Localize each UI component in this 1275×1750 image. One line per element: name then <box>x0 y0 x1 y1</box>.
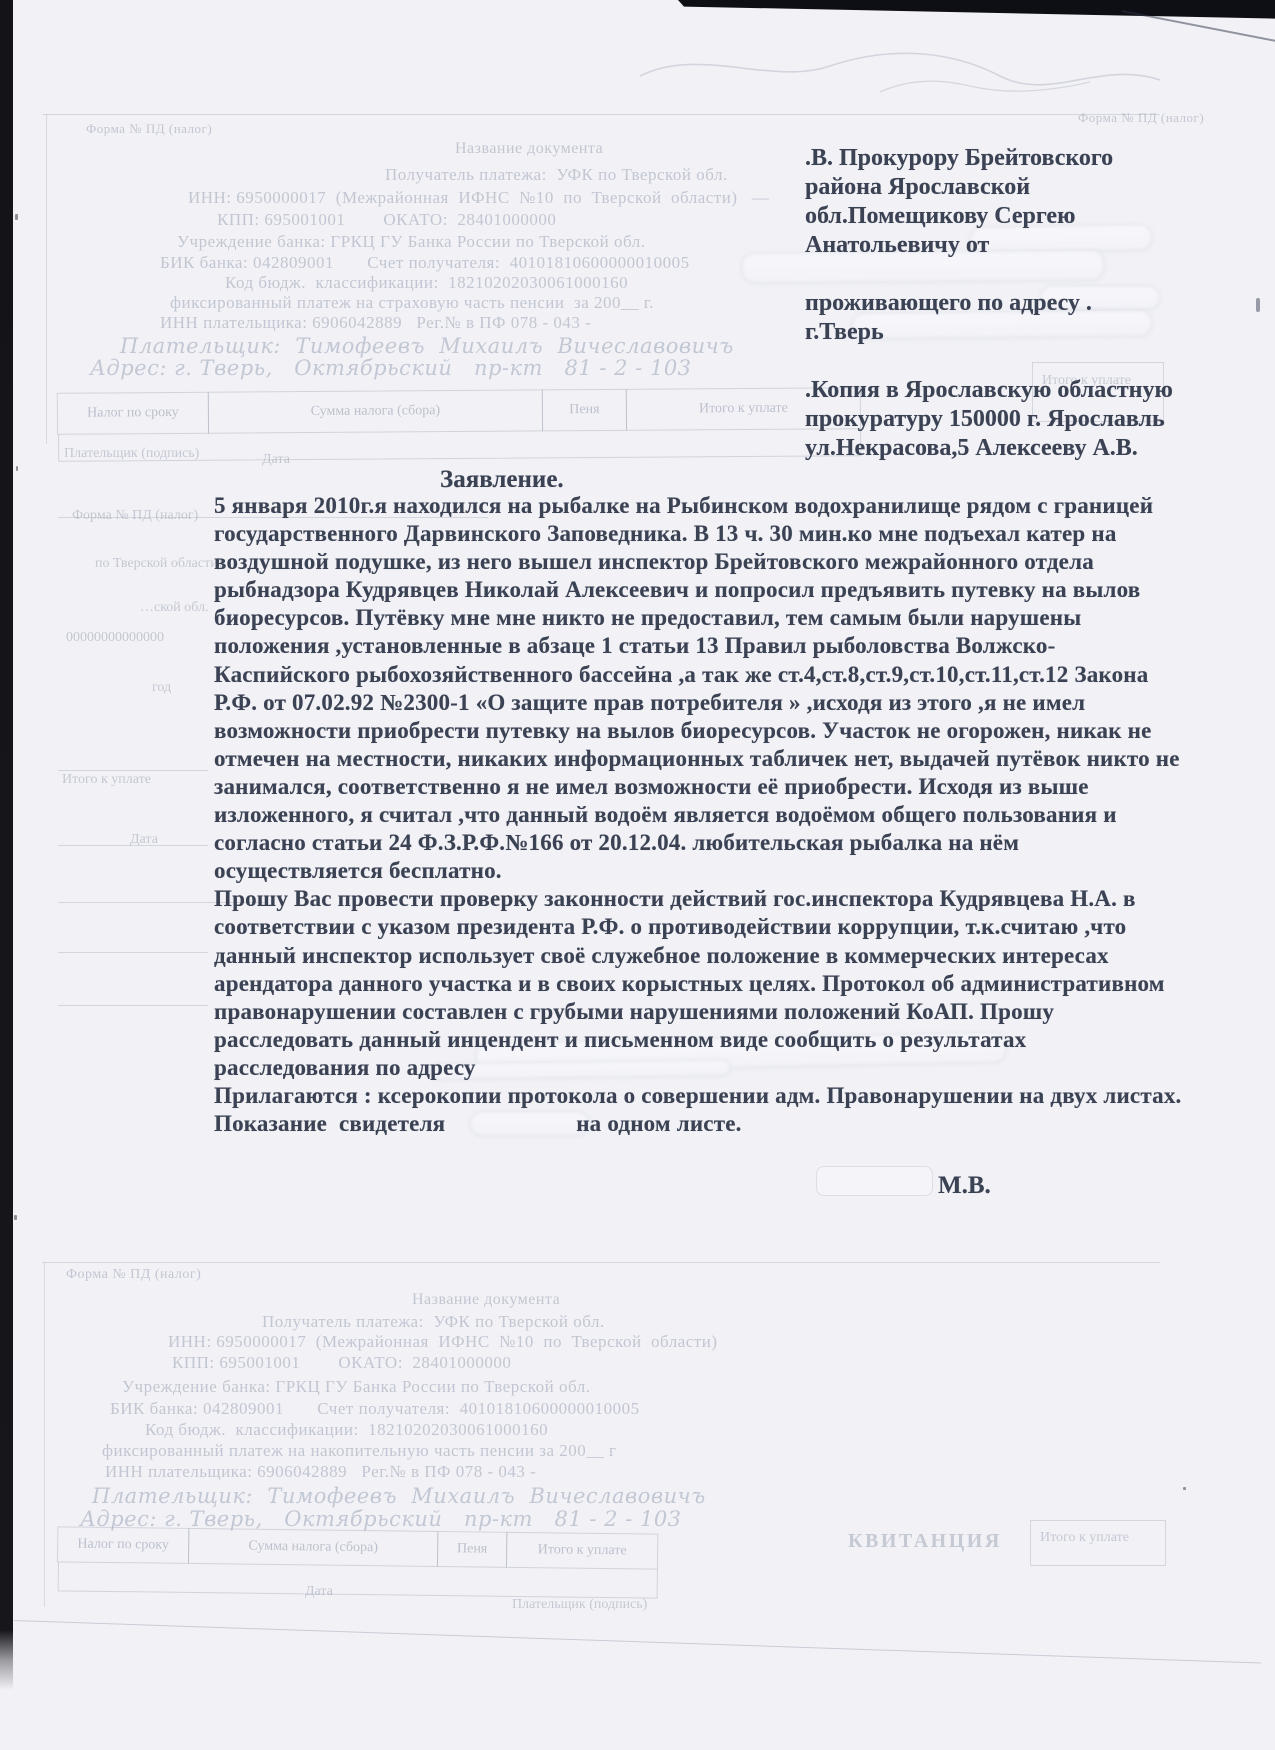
bleed-table-top: Налог по срокуСумма налога (сбора)ПеняИт… <box>58 387 861 462</box>
bleed-form-line: ИНН плательщика: 6906042889 Рег.№ в ПФ 0… <box>105 1462 536 1482</box>
recipient-address-line: обл.Помещикову Сергею <box>805 202 1175 231</box>
form-row-rule <box>58 770 208 771</box>
bleed-fragment: Форма № ПД (налог) <box>72 508 198 524</box>
form-row-rule <box>58 1005 208 1006</box>
bleed-fragment: 00000000000000 <box>66 630 164 646</box>
bleed-table-cell: Налог по сроку <box>57 1526 189 1564</box>
body-line: воздушной подушке, из него вышел инспект… <box>214 548 1204 576</box>
body-line: рыбнадзора Кудрявцев Николай Алексеевич … <box>214 576 1204 604</box>
bleed-fragment: Дата <box>130 832 158 848</box>
recipient-address-line: .Копия в Ярославскую областную <box>805 376 1175 405</box>
bleed-fragment: Итого к уплате <box>62 772 151 788</box>
bleed-table-cell: Пеня <box>542 389 627 432</box>
bleed-form-line: Название документа <box>455 140 603 158</box>
recipient-address-line: района Ярославской <box>805 173 1175 202</box>
bleed-form-line: Плательщик: Тимофеевъ Михаилъ Вичеславов… <box>120 334 734 358</box>
bleed-form-line: Форма № ПД (налог) <box>86 121 212 137</box>
bleed-form-line: ИНН: 6950000017 (Межрайонная ИФНС №10 по… <box>188 188 769 208</box>
bleed-form-line: Название документа <box>412 1291 560 1309</box>
recipient-address-line: .В. Прокурору Брейтовского <box>805 144 1175 173</box>
bleed-table-cell: Пеня <box>437 1531 507 1568</box>
body-line: Показание свидетеля на одном листе. <box>214 1110 1204 1138</box>
document-title: Заявление. <box>440 466 564 494</box>
bleed-form-line: фиксированный платеж на накопительную ча… <box>102 1441 617 1461</box>
body-line: государственного Дарвинского Заповедника… <box>214 520 1204 548</box>
body-line: Прилагаются : ксерокопии протокола о сов… <box>214 1082 1204 1110</box>
body-line: Прошу Вас провести проверку законности д… <box>214 885 1204 913</box>
bleed-form-line: ИНН: 6950000017 (Межрайонная ИФНС №10 по… <box>168 1332 718 1352</box>
form-left-rule <box>46 114 47 444</box>
bleed-form-line: Плательщик: Тимофеевъ Михаилъ Вичеславов… <box>92 1484 706 1508</box>
dust-speck <box>1183 1487 1186 1490</box>
bleed-form-line: Код бюдж. классификации: 182102020300610… <box>145 1420 548 1440</box>
recipient-address-line: ул.Некрасова,5 Алексееву А.В. <box>805 434 1175 463</box>
body-line: биоресурсов. Путёвку мне мне никто не пр… <box>214 604 1204 632</box>
bleed-form-line: КВИТАНЦИЯ <box>848 1530 1002 1553</box>
body-line: согласно статьи 24 Ф.З.Р.Ф.№166 от 20.12… <box>214 829 1204 857</box>
body-line: расследования по адресу <box>214 1054 1204 1082</box>
body-line: данный инспектор использует своё служебн… <box>214 942 1204 970</box>
pencil-scribbles <box>620 28 1180 118</box>
bleed-form-line: ИНН плательщика: 6906042889 Рег.№ в ПФ 0… <box>160 313 591 333</box>
body-line: Каспийского рыбохозяйственного бассейна … <box>214 661 1204 689</box>
bleed-fragment: по Тверской области) <box>95 556 222 572</box>
body-line: осуществляется бесплатно. <box>214 857 1204 885</box>
bleed-form-line: КПП: 695001001 ОКАТО: 28401000000 <box>172 1353 511 1373</box>
bleed-table-cell: Налог по сроку <box>57 392 209 435</box>
bleed-form-line: Учреждение банка: ГРКЦ ГУ Банка России п… <box>122 1377 590 1397</box>
bleed-table-cell: Сумма налога (сбора) <box>188 1528 438 1567</box>
bleed-form-line: БИК банка: 042809001 Счет получателя: 40… <box>160 253 690 273</box>
body-line: соответствии с указом президента Р.Ф. о … <box>214 913 1204 941</box>
bleed-form-line: БИК банка: 042809001 Счет получателя: 40… <box>110 1399 640 1419</box>
body-line: занимался, соответственно я не имел возм… <box>214 773 1204 801</box>
edge-mark <box>1256 298 1260 312</box>
body-line: 5 января 2010г.я находился на рыбалке на… <box>214 492 1204 520</box>
bleed-table-header-row: Налог по срокуСумма налога (сбора)ПеняИт… <box>58 387 861 435</box>
body-line: изложенного, я считал ,что данный водоём… <box>214 801 1204 829</box>
dust-speck <box>15 214 18 220</box>
dust-speck <box>14 1215 17 1220</box>
document-body: 5 января 2010г.я находился на рыбалке на… <box>214 492 1204 1138</box>
form-top-rule-bottom-block <box>42 1262 1160 1263</box>
body-line: арендатора данного участка и в своих кор… <box>214 970 1204 998</box>
bleed-fragment: …ской обл. <box>140 600 209 616</box>
recipient-address-block: .В. Прокурору Брейтовскогорайона Ярослав… <box>805 144 1175 463</box>
body-line: правонарушении составлен с грубыми наруш… <box>214 998 1204 1026</box>
recipient-address-line: проживающего по адресу . <box>805 289 1175 318</box>
bleed-fragment: год <box>152 680 171 696</box>
bleed-form-line: Код бюдж. классификации: 182102020300610… <box>225 273 628 293</box>
bleed-table-cell: Итого к уплате <box>506 1532 658 1570</box>
bleed-table-cell: Сумма налога (сбора) <box>208 389 543 433</box>
whiteout-patch <box>816 1166 933 1196</box>
body-line: отмечен на местности, никаких информацио… <box>214 745 1204 773</box>
form-row-rule <box>58 952 208 953</box>
signature-initials: М.В. <box>938 1172 991 1200</box>
body-line: Р.Ф. от 07.02.92 №2300-1 «О защите прав … <box>214 689 1204 717</box>
recipient-address-line <box>805 260 1175 289</box>
recipient-address-line: Анатольевичу от <box>805 231 1175 260</box>
bleed-form-line: фиксированный платеж на страховую часть … <box>170 293 654 313</box>
bleed-form-line: Адрес: г. Тверь, Октябрьский пр-кт 81 - … <box>90 356 692 380</box>
bleed-fragment: Итого к уплате <box>1040 1530 1129 1546</box>
bleed-form-line: Получатель платежа: УФК по Тверской обл. <box>385 165 728 185</box>
bleed-form-line: Форма № ПД (налог) <box>66 1267 201 1283</box>
bleed-table-bottom: Налог по срокуСумма налога (сбора)ПеняИт… <box>58 1526 659 1598</box>
bleed-form-line: Учреждение банка: ГРКЦ ГУ Банка России п… <box>177 232 645 252</box>
scanned-document-page: Форма № ПД (налог)Форма № ПД (налог)Назв… <box>0 0 1275 1750</box>
form-left-rule-bottom-block <box>44 1262 45 1607</box>
bleed-table-value-row <box>58 429 861 462</box>
dust-speck <box>16 466 18 471</box>
bleed-table-header-row: Налог по срокуСумма налога (сбора)ПеняИт… <box>58 1526 658 1569</box>
recipient-address-line <box>805 347 1175 376</box>
body-line: расследовать данный инцендент и письменн… <box>214 1026 1204 1054</box>
body-line: возможности приобрести путевку на вылов … <box>214 717 1204 745</box>
scanner-edge-left <box>0 0 13 1690</box>
bleed-form-line: КПП: 695001001 ОКАТО: 28401000000 <box>217 210 556 230</box>
body-line: положения ,установленные в абзаце 1 стат… <box>214 632 1204 660</box>
bleed-form-line: Получатель платежа: УФК по Тверской обл. <box>262 1312 605 1332</box>
recipient-address-line: прокуратуру 150000 г. Ярославль <box>805 405 1175 434</box>
bleed-fragment: Плательщик (подпись) <box>512 1597 647 1613</box>
recipient-address-line: г.Тверь <box>805 318 1175 347</box>
